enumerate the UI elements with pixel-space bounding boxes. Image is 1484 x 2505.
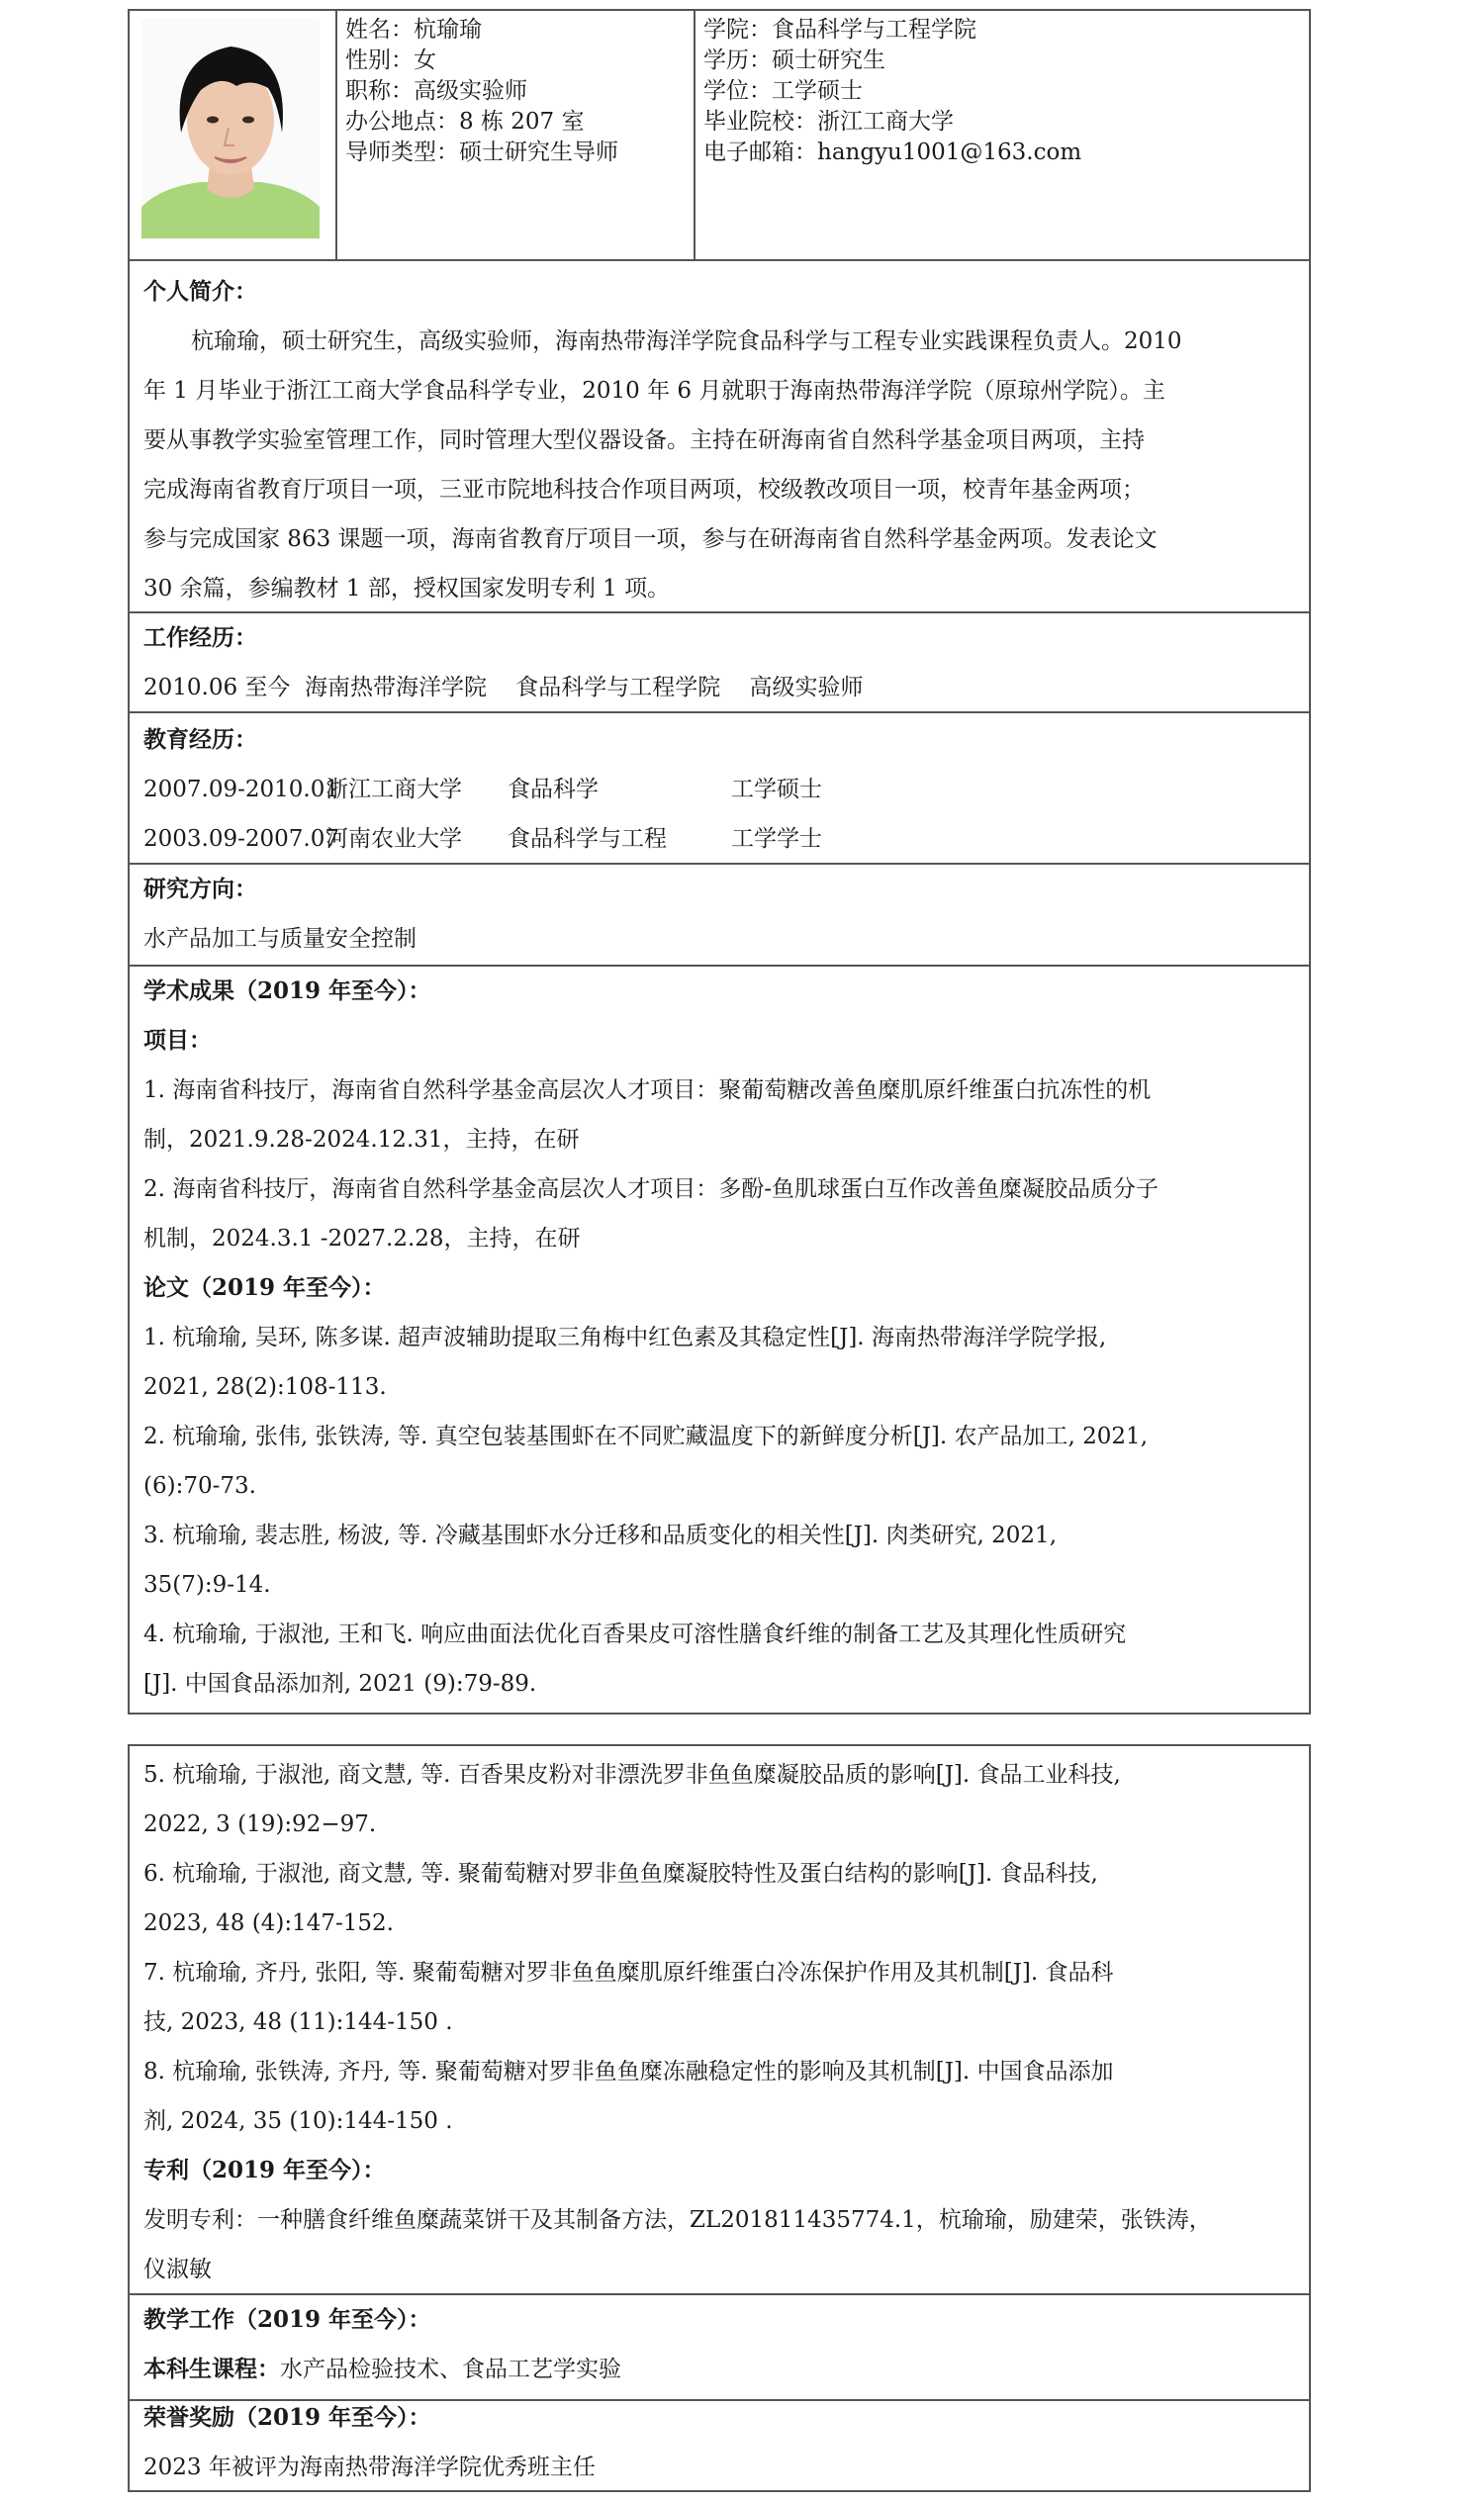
- field-alma-mater: 毕业院校：浙江工商大学: [703, 107, 954, 137]
- patent-item-cont: 仪淑敏: [143, 2245, 1295, 2294]
- patents-heading: 专利（2019 年至今）：: [143, 2146, 1295, 2195]
- bio-line: 要从事教学实验室管理工作，同时管理大型仪器设备。主持在研海南省自然科学基金项目两…: [143, 416, 1295, 465]
- portrait-image-icon: [141, 19, 320, 238]
- research-heading: 研究方向：: [143, 865, 1295, 914]
- paper-item: 1. 杭瑜瑜, 吴环, 陈多谋. 超声波辅助提取三角梅中红色素及其稳定性[J].…: [143, 1313, 1295, 1362]
- bio-line: 参与完成国家 863 课题一项，海南省教育厅项目一项，参与在研海南省自然科学基金…: [143, 514, 1295, 564]
- field-title: 职称：高级实验师: [345, 76, 527, 106]
- work-entry: 2010.06 至今 海南热带海洋学院 食品科学与工程学院 高级实验师: [143, 663, 1295, 712]
- field-college: 学院：食品科学与工程学院: [703, 15, 976, 45]
- papers-heading: 论文（2019 年至今）：: [143, 1263, 1295, 1313]
- paper-item: 6. 杭瑜瑜, 于淑池, 商文慧, 等. 聚葡萄糖对罗非鱼鱼糜凝胶特性及蛋白结构…: [143, 1849, 1295, 1899]
- paper-item: 3. 杭瑜瑜, 裴志胜, 杨波, 等. 冷藏基围虾水分迁移和品质变化的相关性[J…: [143, 1511, 1295, 1560]
- honors-section: 荣誉奖励（2019 年至今）： 2023 年被评为海南热带海洋学院优秀班主任: [130, 2401, 1309, 2492]
- paper-item: 8. 杭瑜瑜, 张铁涛, 齐丹, 等. 聚葡萄糖对罗非鱼鱼糜冻融稳定性的影响及其…: [143, 2047, 1295, 2096]
- project-item: 2. 海南省科技厅，海南省自然科学基金高层次人才项目：多酚-鱼肌球蛋白互作改善鱼…: [143, 1164, 1295, 1214]
- paper-item-cont: (6):70-73.: [143, 1461, 1295, 1511]
- projects-heading: 项目：: [143, 1016, 1295, 1066]
- paper-item: 2. 杭瑜瑜, 张伟, 张铁涛, 等. 真空包装基围虾在不同贮藏温度下的新鲜度分…: [143, 1412, 1295, 1461]
- field-email: 电子邮箱：hangyu1001@163.com: [703, 138, 1081, 167]
- achievements-section: 学术成果（2019 年至今）： 项目： 1. 海南省科技厅，海南省自然科学基金高…: [130, 967, 1309, 1713]
- profile-header-row: 姓名：杭瑜瑜 性别：女 职称：高级实验师 办公地点：8 栋 207 室 导师类型…: [130, 11, 1309, 261]
- field-gender: 性别：女: [345, 46, 436, 75]
- paper-item-cont: 2021, 28(2):108-113.: [143, 1362, 1295, 1412]
- teaching-courses: 本科生课程：水产品检验技术、食品工艺学实验: [143, 2345, 1295, 2394]
- bio-line: 年 1 月毕业于浙江工商大学食品科学专业，2010 年 6 月就职于海南热带海洋…: [143, 366, 1295, 416]
- paper-item-cont: 技, 2023, 48 (11):144-150 .: [143, 1997, 1295, 2047]
- education-entry: 2003.09-2007.07河南农业大学食品科学与工程工学学士: [143, 814, 1295, 864]
- work-section: 工作经历： 2010.06 至今 海南热带海洋学院 食品科学与工程学院 高级实验…: [130, 613, 1309, 713]
- field-office: 办公地点：8 栋 207 室: [345, 107, 584, 137]
- achievements-continued-section: 5. 杭瑜瑜, 于淑池, 商文慧, 等. 百香果皮粉对非漂洗罗非鱼鱼糜凝胶品质的…: [130, 1746, 1309, 2295]
- profile-table-page-1: 姓名：杭瑜瑜 性别：女 职称：高级实验师 办公地点：8 栋 207 室 导师类型…: [128, 9, 1311, 1715]
- profile-photo: [141, 19, 320, 238]
- profile-table-page-2: 5. 杭瑜瑜, 于淑池, 商文慧, 等. 百香果皮粉对非漂洗罗非鱼鱼糜凝胶品质的…: [128, 1744, 1311, 2492]
- teaching-section: 教学工作（2019 年至今）： 本科生课程：水产品检验技术、食品工艺学实验: [130, 2295, 1309, 2401]
- paper-item-cont: 剂, 2024, 35 (10):144-150 .: [143, 2096, 1295, 2146]
- teaching-heading: 教学工作（2019 年至今）：: [143, 2295, 1295, 2345]
- bio-line: 杭瑜瑜，硕士研究生，高级实验师，海南热带海洋学院食品科学与工程专业实践课程负责人…: [143, 317, 1295, 366]
- education-heading: 教育经历：: [143, 715, 1295, 765]
- field-education-level: 学历：硕士研究生: [703, 46, 885, 75]
- paper-item-cont: [J]. 中国食品添加剂, 2021 (9):79-89.: [143, 1659, 1295, 1709]
- paper-item-cont: 35(7):9-14.: [143, 1560, 1295, 1610]
- paper-item: 7. 杭瑜瑜, 齐丹, 张阳, 等. 聚葡萄糖对罗非鱼鱼糜肌原纤维蛋白冷冻保护作…: [143, 1948, 1295, 1997]
- education-entry: 2007.09-2010.01浙江工商大学食品科学工学硕士: [143, 765, 1295, 814]
- profile-left-fields: 姓名：杭瑜瑜 性别：女 职称：高级实验师 办公地点：8 栋 207 室 导师类型…: [337, 11, 696, 259]
- bio-line: 30 余篇，参编教材 1 部，授权国家发明专利 1 项。: [143, 564, 1295, 613]
- email-link[interactable]: hangyu1001@163.com: [817, 139, 1081, 165]
- project-item-cont: 机制，2024.3.1 -2027.2.28，主持，在研: [143, 1214, 1295, 1263]
- bio-section: 个人简介： 杭瑜瑜，硕士研究生，高级实验师，海南热带海洋学院食品科学与工程专业实…: [130, 261, 1309, 613]
- profile-right-fields: 学院：食品科学与工程学院 学历：硕士研究生 学位：工学硕士 毕业院校：浙江工商大…: [696, 11, 1309, 259]
- honors-heading: 荣誉奖励（2019 年至今）：: [143, 2393, 1295, 2443]
- education-section: 教育经历： 2007.09-2010.01浙江工商大学食品科学工学硕士 2003…: [130, 713, 1309, 865]
- project-item-cont: 制，2021.9.28-2024.12.31，主持，在研: [143, 1115, 1295, 1164]
- project-item: 1. 海南省科技厅，海南省自然科学基金高层次人才项目：聚葡萄糖改善鱼糜肌原纤维蛋…: [143, 1066, 1295, 1115]
- research-section: 研究方向： 水产品加工与质量安全控制: [130, 865, 1309, 967]
- research-text: 水产品加工与质量安全控制: [143, 914, 1295, 964]
- field-degree: 学位：工学硕士: [703, 76, 863, 106]
- paper-item: 4. 杭瑜瑜, 于淑池, 王和飞. 响应曲面法优化百香果皮可溶性膳食纤维的制备工…: [143, 1610, 1295, 1659]
- bio-heading: 个人简介：: [143, 267, 1295, 317]
- bio-line: 完成海南省教育厅项目一项，三亚市院地科技合作项目两项，校级教改项目一项，校青年基…: [143, 465, 1295, 514]
- patent-item: 发明专利：一种膳食纤维鱼糜蔬菜饼干及其制备方法，ZL201811435774.1…: [143, 2195, 1295, 2245]
- paper-item: 5. 杭瑜瑜, 于淑池, 商文慧, 等. 百香果皮粉对非漂洗罗非鱼鱼糜凝胶品质的…: [143, 1750, 1295, 1800]
- field-supervisor-type: 导师类型：硕士研究生导师: [345, 138, 618, 167]
- photo-cell: [130, 11, 337, 259]
- paper-item-cont: 2022, 3 (19):92−97.: [143, 1800, 1295, 1849]
- honor-item: 2023 年被评为海南热带海洋学院优秀班主任: [143, 2443, 1295, 2492]
- field-name: 姓名：杭瑜瑜: [345, 15, 482, 45]
- paper-item-cont: 2023, 48 (4):147-152.: [143, 1899, 1295, 1948]
- achievements-heading: 学术成果（2019 年至今）：: [143, 967, 1295, 1016]
- work-heading: 工作经历：: [143, 613, 1295, 663]
